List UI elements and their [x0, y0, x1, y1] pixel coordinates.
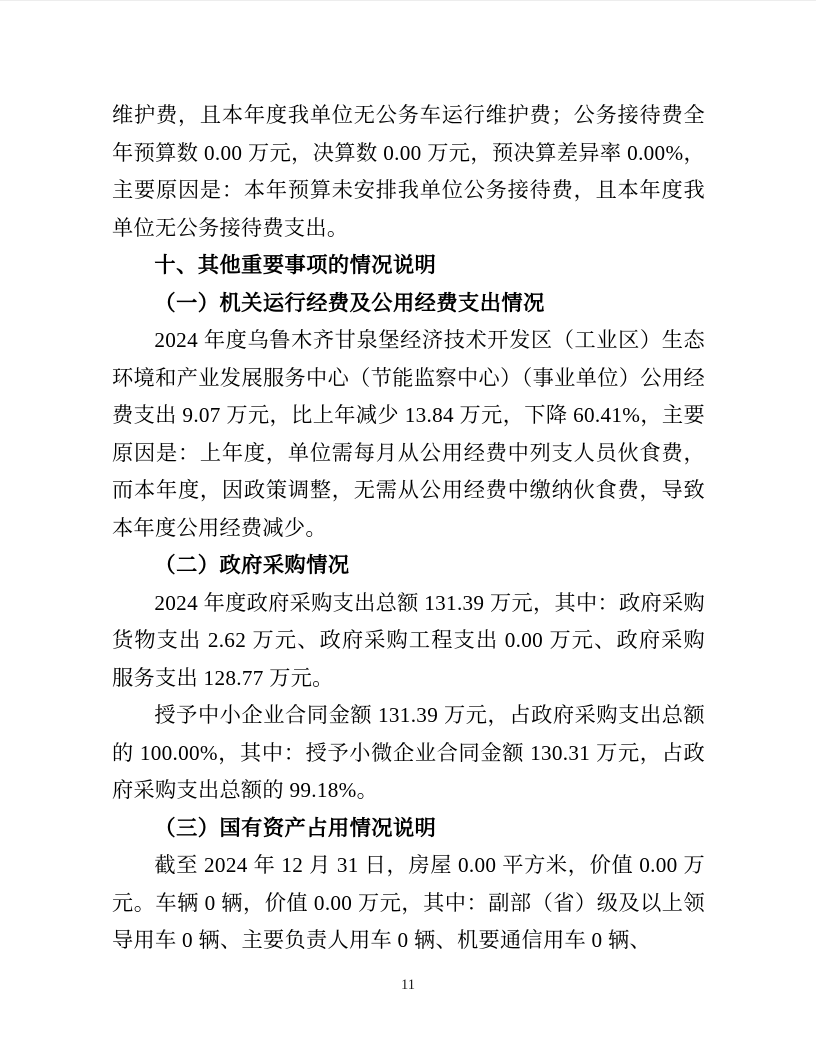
section-heading-state-owned-assets: （三）国有资产占用情况说明: [112, 810, 705, 848]
paragraph-assets-occupancy: 截至 2024 年 12 月 31 日，房屋 0.00 平方米，价值 0.00 …: [112, 847, 705, 960]
paragraph-procurement-totals: 2024 年度政府采购支出总额 131.39 万元，其中：政府采购货物支出 2.…: [112, 585, 705, 698]
paragraph-sme-contract-amounts: 授予中小企业合同金额 131.39 万元，占政府采购支出总额的 100.00%，…: [112, 697, 705, 810]
paragraph-continuation-vehicle-reception-expense: 维护费，且本年度我单位无公务车运行维护费；公务接待费全年预算数 0.00 万元，…: [112, 97, 705, 247]
document-body: 维护费，且本年度我单位无公务车运行维护费；公务接待费全年预算数 0.00 万元，…: [112, 97, 705, 960]
document-page: 维护费，且本年度我单位无公务车运行维护费；公务接待费全年预算数 0.00 万元，…: [0, 0, 816, 1056]
page-number: 11: [401, 977, 415, 993]
section-heading-operating-and-public-funds: （一）机关运行经费及公用经费支出情况: [112, 285, 705, 323]
paragraph-public-funds-expenditure: 2024 年度乌鲁木齐甘泉堡经济技术开发区（工业区）生态环境和产业发展服务中心（…: [112, 322, 705, 547]
page-top-edge: [0, 0, 816, 1]
page-footer: 11: [0, 976, 816, 994]
section-heading-other-important-matters: 十、其他重要事项的情况说明: [112, 247, 705, 285]
section-heading-government-procurement: （二）政府采购情况: [112, 547, 705, 585]
